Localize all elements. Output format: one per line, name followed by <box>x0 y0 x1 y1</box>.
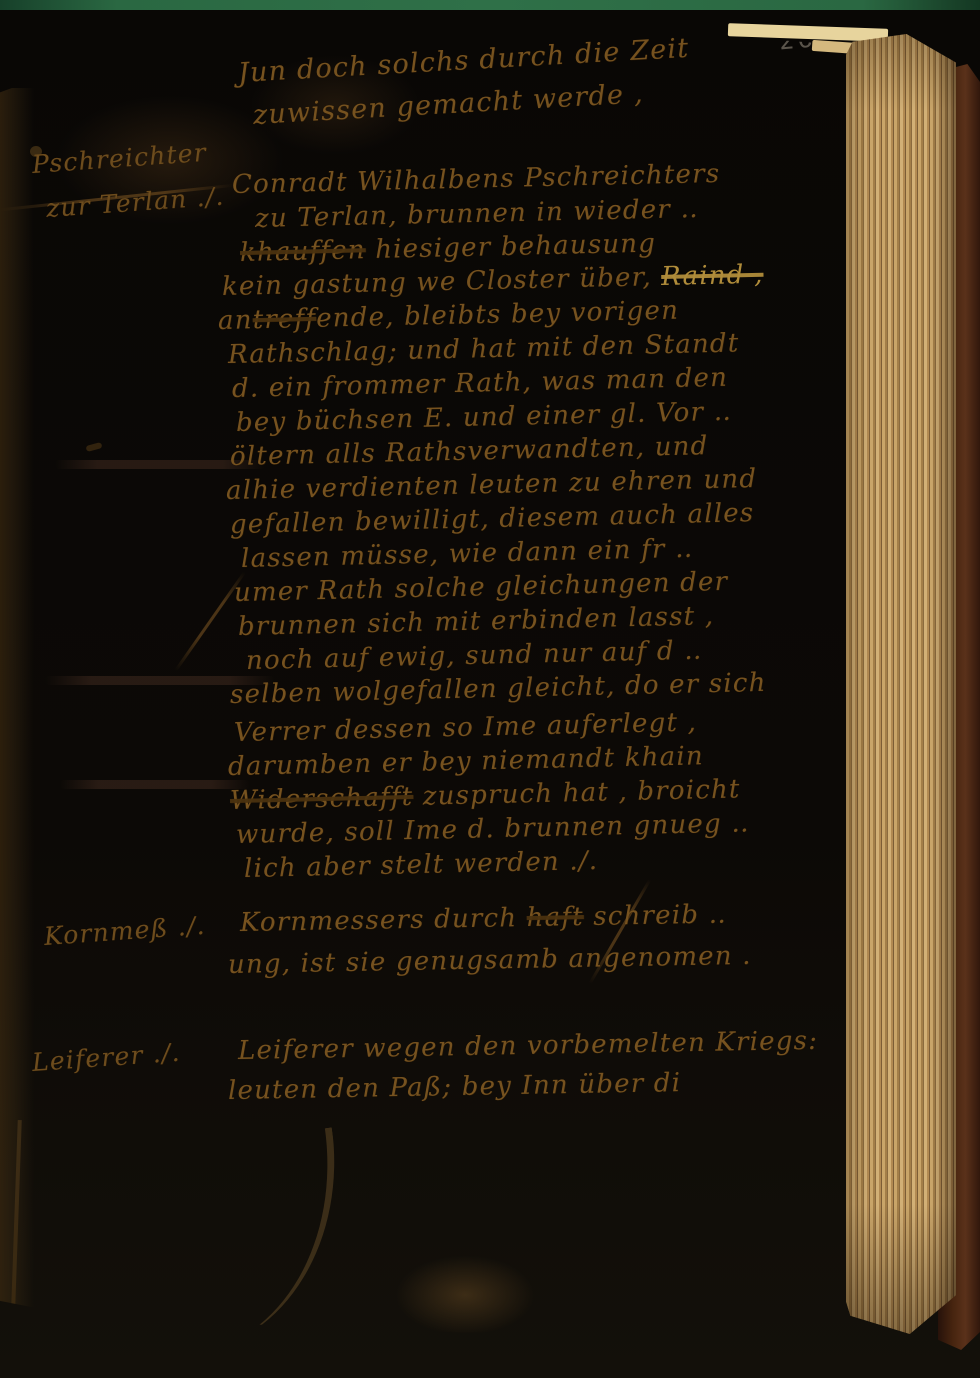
manuscript-line: wurde, soll Ime d. brunnen gnueg ‥ <box>236 808 750 850</box>
struck-word: treff <box>252 304 316 335</box>
margin-note: Kornmeß ./. <box>43 911 206 951</box>
manuscript-line: lich aber stelt werden ./. <box>244 846 599 884</box>
manuscript-line: Kornmessers durch haft schreib ‥ <box>240 900 728 938</box>
paper-crease <box>137 1127 361 1357</box>
scan-calibration-bar <box>0 0 980 10</box>
manuscript-page: 26 Jun doch solchs durch die Zeit zuwiss… <box>0 0 980 1378</box>
manuscript-photo: 26 Jun doch solchs durch die Zeit zuwiss… <box>0 0 980 1378</box>
manuscript-line: brunnen sich mit erbinden lasst , <box>238 601 715 642</box>
book-fore-edge <box>846 34 956 1334</box>
manuscript-line: Conradt Wilhalbens Pschreichters <box>232 159 721 200</box>
manuscript-line: leuten den Paß; bey Inn über di <box>228 1068 682 1106</box>
ink-spot <box>85 442 102 452</box>
manuscript-line: Leiferer wegen den vorbemelten Kriegs: <box>238 1026 819 1066</box>
manuscript-line: lassen müsse, wie dann ein fr ‥ <box>241 534 694 574</box>
manuscript-line: antreffende, bleibts bey vorigen <box>218 296 680 336</box>
struck-word: Raind , <box>661 260 764 292</box>
struck-word: Widerschafft <box>230 782 414 816</box>
manuscript-line: khauffen hiesiger behausung <box>240 229 657 268</box>
foxing-stain <box>395 1255 535 1335</box>
margin-note: Leiferer ./. <box>31 1038 181 1077</box>
verso-show-through <box>60 780 250 789</box>
struck-word: haft <box>526 902 584 933</box>
manuscript-line: zu Terlan, brunnen in wieder ‥ <box>255 194 700 234</box>
manuscript-line: ung, ist sie genugsamb angenomen . <box>228 941 752 980</box>
struck-word: khauffen <box>240 235 366 268</box>
